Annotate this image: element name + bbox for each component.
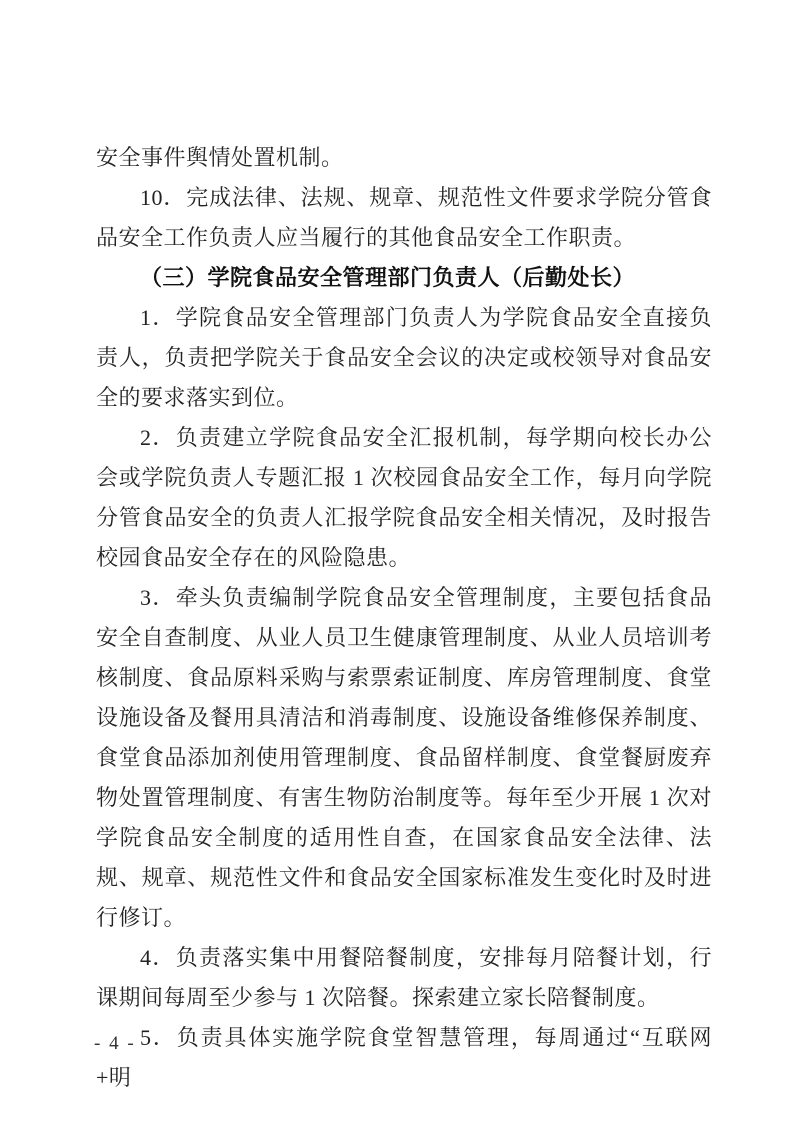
paragraph-continuation: 安全事件舆情处置机制。: [96, 138, 712, 178]
paragraph-item-5: 5．负责具体实施学院食堂智慧管理，每周通过“互联网+明: [96, 1018, 712, 1098]
page-number: - 4 -: [94, 1030, 136, 1058]
paragraph-item-10: 10．完成法律、法规、规章、规范性文件要求学院分管食品安全工作负责人应当履行的其…: [96, 178, 712, 258]
paragraph-item-4: 4．负责落实集中用餐陪餐制度，安排每月陪餐计划，行课期间每周至少参与 1 次陪餐…: [96, 938, 712, 1018]
document-content: 安全事件舆情处置机制。 10．完成法律、法规、规章、规范性文件要求学院分管食品安…: [96, 138, 712, 1098]
paragraph-item-1: 1．学院食品安全管理部门负责人为学院食品安全直接负责人，负责把学院关于食品安全会…: [96, 298, 712, 418]
section-heading: （三）学院食品安全管理部门负责人（后勤处长）: [96, 258, 712, 298]
paragraph-item-2: 2．负责建立学院食品安全汇报机制，每学期向校长办公会或学院负责人专题汇报 1 次…: [96, 418, 712, 578]
paragraph-item-3: 3．牵头负责编制学院食品安全管理制度，主要包括食品安全自查制度、从业人员卫生健康…: [96, 578, 712, 938]
document-page: 安全事件舆情处置机制。 10．完成法律、法规、规章、规范性文件要求学院分管食品安…: [0, 0, 800, 1132]
